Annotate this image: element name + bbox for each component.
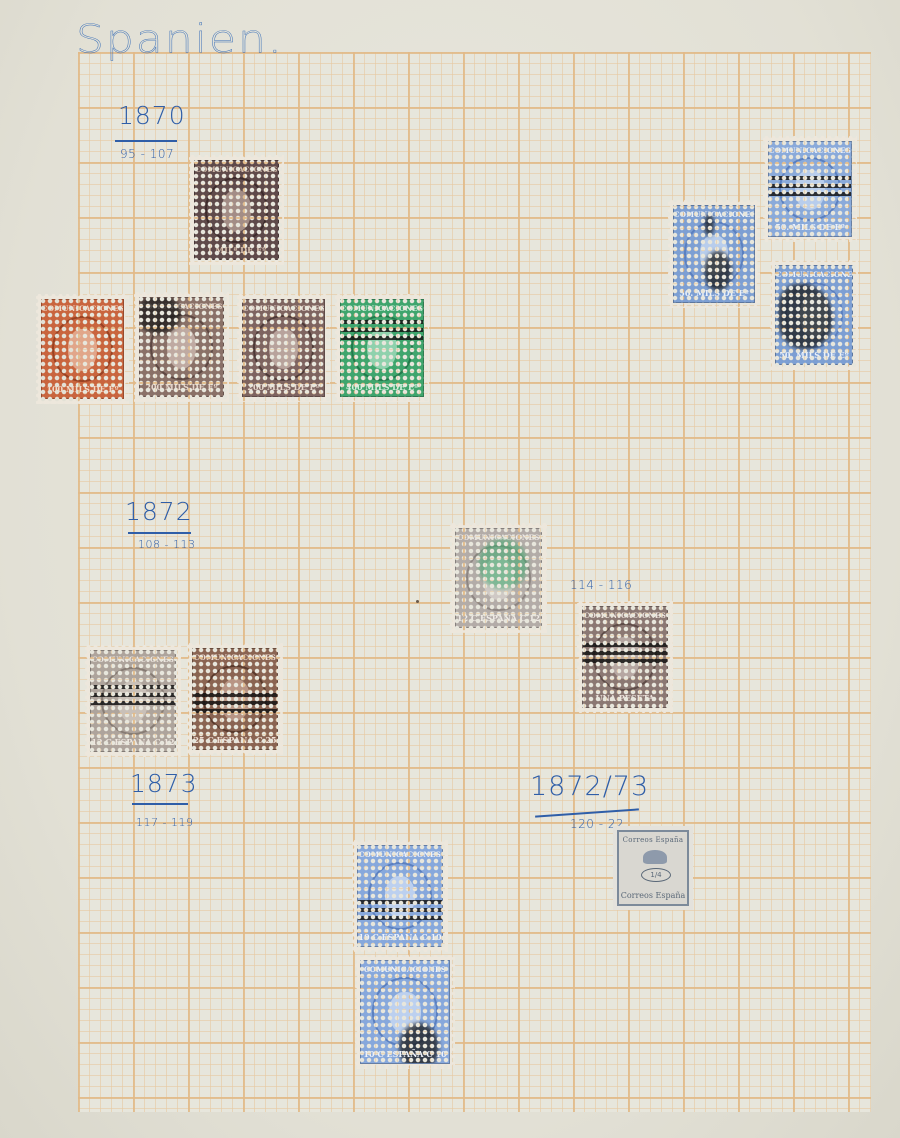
stamp-header: COMUNICACIONES <box>341 304 423 313</box>
stamp-header: COMUNICACIONES <box>42 304 123 313</box>
catalog-range-1873: 117 - 119 <box>136 816 193 829</box>
stamp-header: COMUNICACIONES <box>358 850 442 859</box>
stamp-1872-12-cents[interactable]: COMUNICACIONES 12 C ESPAÑA C 12 <box>450 523 547 633</box>
stamp-1870-200-mils-b[interactable]: COMUNICACIONES 200 MILS DE Eº <box>237 294 330 402</box>
stamp-header: COMUNICACIONES <box>769 146 851 155</box>
cancel-bars <box>582 639 668 667</box>
cancel-bars <box>357 896 443 924</box>
crown-icon <box>643 850 667 864</box>
stamp-value: 400 MILS DE Eº <box>341 382 423 392</box>
stamp-value: 50. MILS DE Eº <box>776 350 852 360</box>
stamp-header: COMUNICACIONES <box>776 270 852 279</box>
cancel-bars <box>192 689 278 717</box>
stamp-1870-50-mils-b[interactable]: COMUNICACIONES 50. MILS DE Eº <box>668 200 760 308</box>
catalog-range-1872: 108 - 113 <box>138 538 195 551</box>
stamp-header: COMUNICACIONES <box>193 653 277 662</box>
stamp-value: 10 C ESPAÑA C 10 <box>361 1049 449 1059</box>
stamp-1870-1-mil[interactable]: COMUNICACIONES 1 MILª DE Eº <box>189 155 284 265</box>
stamp-value: 1 MILª DE Eº <box>195 245 278 255</box>
stamp-value: 12 C ESPAÑA C 12 <box>91 737 175 747</box>
stamp-footer: Correos España <box>619 891 687 900</box>
stamp-header: COMUNICACIONES <box>361 965 449 974</box>
stamp-header: COMUNICACIONES <box>674 210 754 219</box>
cancel-bars <box>340 316 424 344</box>
stamp-1873-10-cents-b[interactable]: COMUNICACIONES 10 C ESPAÑA C 10 <box>355 955 455 1069</box>
stamp-value: 25 C ESPAÑA C 25 <box>193 735 277 745</box>
cancel-mark <box>704 214 714 236</box>
stamp-value: 1/4 <box>641 868 671 882</box>
year-underline <box>128 532 191 534</box>
stamp-value: 100 MILS DE Eº <box>42 384 123 394</box>
stamp-1873-25-cents[interactable]: COMUNICACIONES 25 C ESPAÑA C 25 <box>187 643 283 755</box>
stamp-header: Correos España <box>619 836 687 844</box>
cancel-bars <box>90 681 176 709</box>
country-title: Spanien. <box>76 17 284 63</box>
year-underline <box>132 803 188 805</box>
stamp-header: COMUNICACIONES <box>91 655 175 664</box>
catalog-range-114-116: 114 - 116 <box>570 578 632 592</box>
stamp-1873-12-cents[interactable]: COMUNICACIONES 12 C ESPAÑA C 12 <box>85 645 181 757</box>
catalog-range-1870: 95 - 107 <box>120 147 174 161</box>
year-underline <box>115 140 177 142</box>
stamp-1872-73-quarter-centimo[interactable]: Correos España 1/4 Correos España <box>613 826 693 910</box>
stamp-value: UNA PESETA <box>583 693 667 703</box>
stamp-value: 12 C ESPAÑA C 12 <box>456 613 541 623</box>
stamp-1870-50-mils-c[interactable]: COMUNICACIONES 50. MILS DE Eº <box>770 260 858 370</box>
stamp-1872-una-peseta[interactable]: COMUNICACIONES UNA PESETA <box>577 601 673 713</box>
stamp-1870-200-mils-a[interactable]: COMUNICACIONES 200 MILS DE Eº <box>134 292 229 402</box>
stamp-value: 50. MILS DE Eº <box>674 288 754 298</box>
album-page: Spanien. 1870 95 - 107 1872 108 - 113 11… <box>0 0 900 1138</box>
stamp-header: COMUNICACIONES <box>195 165 278 174</box>
section-year-1873: 1873 <box>130 769 198 798</box>
stamp-1870-50-mils-a[interactable]: COMUNICACIONES 50. MILS DE Eº <box>763 136 857 242</box>
section-year-1872-73: 1872/73 <box>530 771 649 802</box>
stamp-1870-400-mils[interactable]: COMUNICACIONES 400 MILS DE Eº <box>335 294 429 402</box>
stamp-value: 10 C ESPAÑA C 10 <box>358 932 442 942</box>
green-postmark <box>478 539 528 589</box>
stamp-value: 200 MILS DE Eº <box>140 382 223 392</box>
cancel-bars <box>768 172 852 200</box>
section-year-1872: 1872 <box>125 497 193 526</box>
stamp-1873-10-cents-a[interactable]: COMUNICACIONES 10 C ESPAÑA C 10 <box>352 840 448 952</box>
section-year-1870: 1870 <box>118 101 186 130</box>
stamp-value: 200 MILS DE Eº <box>243 382 324 392</box>
stamp-header: COMUNICACIONES <box>243 304 324 313</box>
stamp-value: 50. MILS DE Eº <box>769 222 851 232</box>
stamp-1870-100-mils[interactable]: COMUNICACIONES 100 MILS DE Eº <box>36 294 129 404</box>
stamp-header: COMUNICACIONES <box>583 611 667 620</box>
cancel-mark <box>704 251 732 291</box>
paper-speck <box>416 600 419 603</box>
